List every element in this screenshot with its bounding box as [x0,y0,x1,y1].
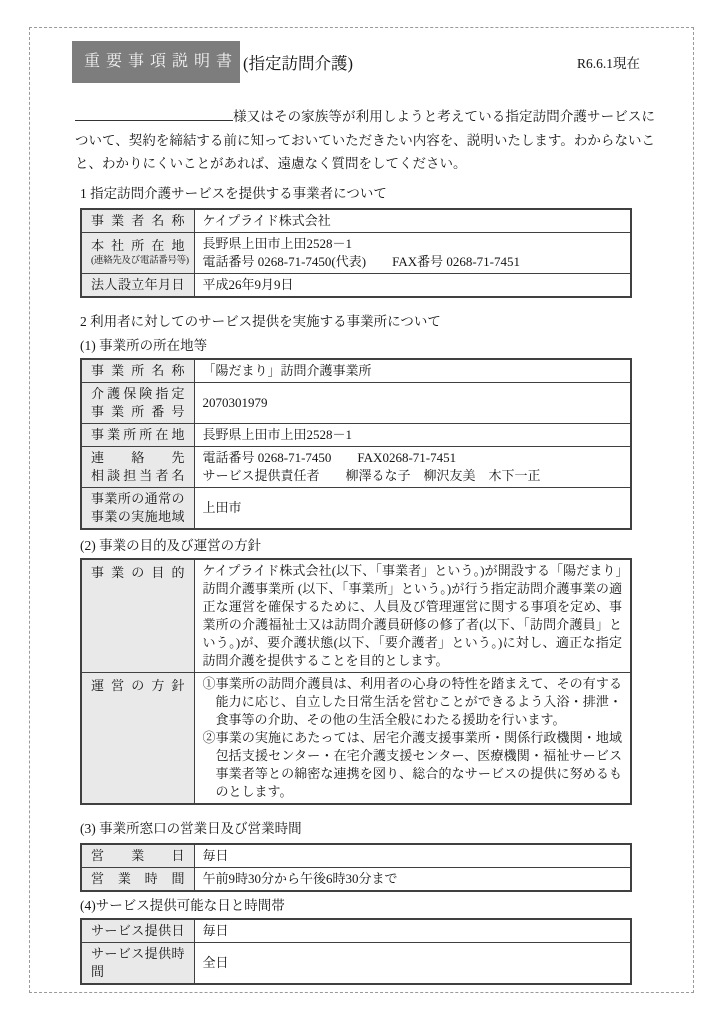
operation-policy-item1: ①事業所の訪問介護員は、利用者の心身の特性を踏まえて、その有する能力に応じ、自立… [203,675,623,729]
business-hours-label: 営業時間 [91,870,185,888]
service-hours-value: 全日 [194,942,631,984]
hq-address-sublabel: (連絡先及び電話番号等) [91,255,185,268]
table-row: 連絡先 相談担当者名 電話番号 0268-71-7450 FAX0268-71-… [81,446,631,487]
service-days-value: 毎日 [194,919,631,943]
contact-staff-line: サービス提供責任者 柳澤るな子 柳沢友美 木下一正 [203,467,623,485]
table-row: 営業日 毎日 [81,844,631,868]
operation-policy-item2: ②事業の実施にあたっては、居宅介護支援事業所・関係行政機関・地域包括支援センター… [203,729,623,801]
document-header: 重要事項説明書 (指定訪問介護) R6.6.1現在 [80,41,640,83]
section2-2-heading: (2) 事業の目的及び運営の方針 [80,536,632,555]
office-table: 事業所名称 「陽だまり」訪問介護事業所 介護保険指定 事業所番号 2070301… [80,358,632,530]
table-row: 事業所の通常の 事業の実施地域 上田市 [81,487,631,529]
hq-address-line1: 長野県上田市上田2528－1 [203,235,623,253]
contact-label-line1: 連絡先 [91,449,185,467]
provider-name-value: ケイプライド株式会社 [194,209,631,233]
license-number-value: 2070301979 [194,382,631,423]
business-hours-table: 営業日 毎日 営業時間 午前9時30分から午後6時30分まで [80,843,632,892]
service-area-label-line2: 事業の実施地域 [91,508,185,526]
document-page: 重要事項説明書 (指定訪問介護) R6.6.1現在 様又はその家族等が利用しよう… [29,27,694,993]
office-name-value: 「陽だまり」訪問介護事業所 [194,359,631,383]
operation-policy-label: 運営の方針 [91,677,185,695]
as-of-date: R6.6.1現在 [577,52,640,72]
intro-paragraph: 様又はその家族等が利用しようと考えている指定訪問介護サービスについて、契約を締結… [75,105,655,176]
office-address-label: 事業所所在地 [91,426,185,444]
service-area-value: 上田市 [194,487,631,529]
document-title-box: 重要事項説明書 [72,41,240,83]
contact-phone-line: 電話番号 0268-71-7450 FAX0268-71-7451 [203,449,623,467]
office-name-label: 事業所名称 [91,362,185,380]
service-availability-table: サービス提供日 毎日 サービス提供時間 全日 [80,918,632,985]
section2-1-heading: (1) 事業所の所在地等 [80,336,632,355]
business-hours-value: 午前9時30分から午後6時30分まで [194,867,631,891]
founding-date-label: 法人設立年月日 [91,276,185,294]
service-days-label: サービス提供日 [91,922,185,940]
table-row: サービス提供日 毎日 [81,919,631,943]
section2-heading: 2 利用者に対してのサービス提供を実施する事業所について [80,312,632,331]
contact-label-line2: 相談担当者名 [91,467,185,485]
section2-4-heading: (4)サービス提供可能な日と時間帯 [80,896,632,915]
section2-3-heading: (3) 事業所窓口の営業日及び営業時間 [80,819,632,838]
table-row: 事業所名称 「陽だまり」訪問介護事業所 [81,359,631,383]
table-row: 事業所所在地 長野県上田市上田2528－1 [81,423,631,446]
service-hours-label: サービス提供時間 [91,945,185,981]
office-address-value: 長野県上田市上田2528－1 [194,423,631,446]
business-purpose-label: 事業の目的 [91,564,185,582]
hq-address-label: 本社所在地 [91,237,185,255]
table-row: 事業者名称 ケイプライド株式会社 [81,209,631,233]
provider-table: 事業者名称 ケイプライド株式会社 本社所在地 (連絡先及び電話番号等) 長野県上… [80,208,632,298]
purpose-policy-table: 事業の目的 ケイプライド株式会社(以下、「事業者」という。)が開設する「陽だまり… [80,558,632,805]
table-row: サービス提供時間 全日 [81,942,631,984]
document-subtitle: (指定訪問介護) [243,50,353,74]
license-number-label-line1: 介護保険指定 [91,385,185,403]
business-purpose-value: ケイプライド株式会社(以下、「事業者」という。)が開設する「陽だまり」訪問介護事… [194,559,631,673]
table-row: 運営の方針 ①事業所の訪問介護員は、利用者の心身の特性を踏まえて、その有する能力… [81,672,631,804]
table-row: 介護保険指定 事業所番号 2070301979 [81,382,631,423]
table-row: 事業の目的 ケイプライド株式会社(以下、「事業者」という。)が開設する「陽だまり… [81,559,631,673]
recipient-name-blank [75,107,233,121]
section1-heading: 1 指定訪問介護サービスを提供する事業者について [80,184,632,203]
founding-date-value: 平成26年9月9日 [194,273,631,297]
document-title: 重要事項説明書 [84,53,238,70]
table-row: 営業時間 午前9時30分から午後6時30分まで [81,867,631,891]
table-row: 法人設立年月日 平成26年9月9日 [81,273,631,297]
business-days-value: 毎日 [194,844,631,868]
business-days-label: 営業日 [91,847,185,865]
service-area-label-line1: 事業所の通常の [91,490,185,508]
provider-name-label: 事業者名称 [91,212,185,230]
license-number-label-line2: 事業所番号 [91,403,185,421]
page-content: 重要事項説明書 (指定訪問介護) R6.6.1現在 様又はその家族等が利用しよう… [30,28,632,985]
table-row: 本社所在地 (連絡先及び電話番号等) 長野県上田市上田2528－1 電話番号 0… [81,232,631,273]
hq-address-line2: 電話番号 0268-71-7450(代表) FAX番号 0268-71-7451 [203,253,623,271]
